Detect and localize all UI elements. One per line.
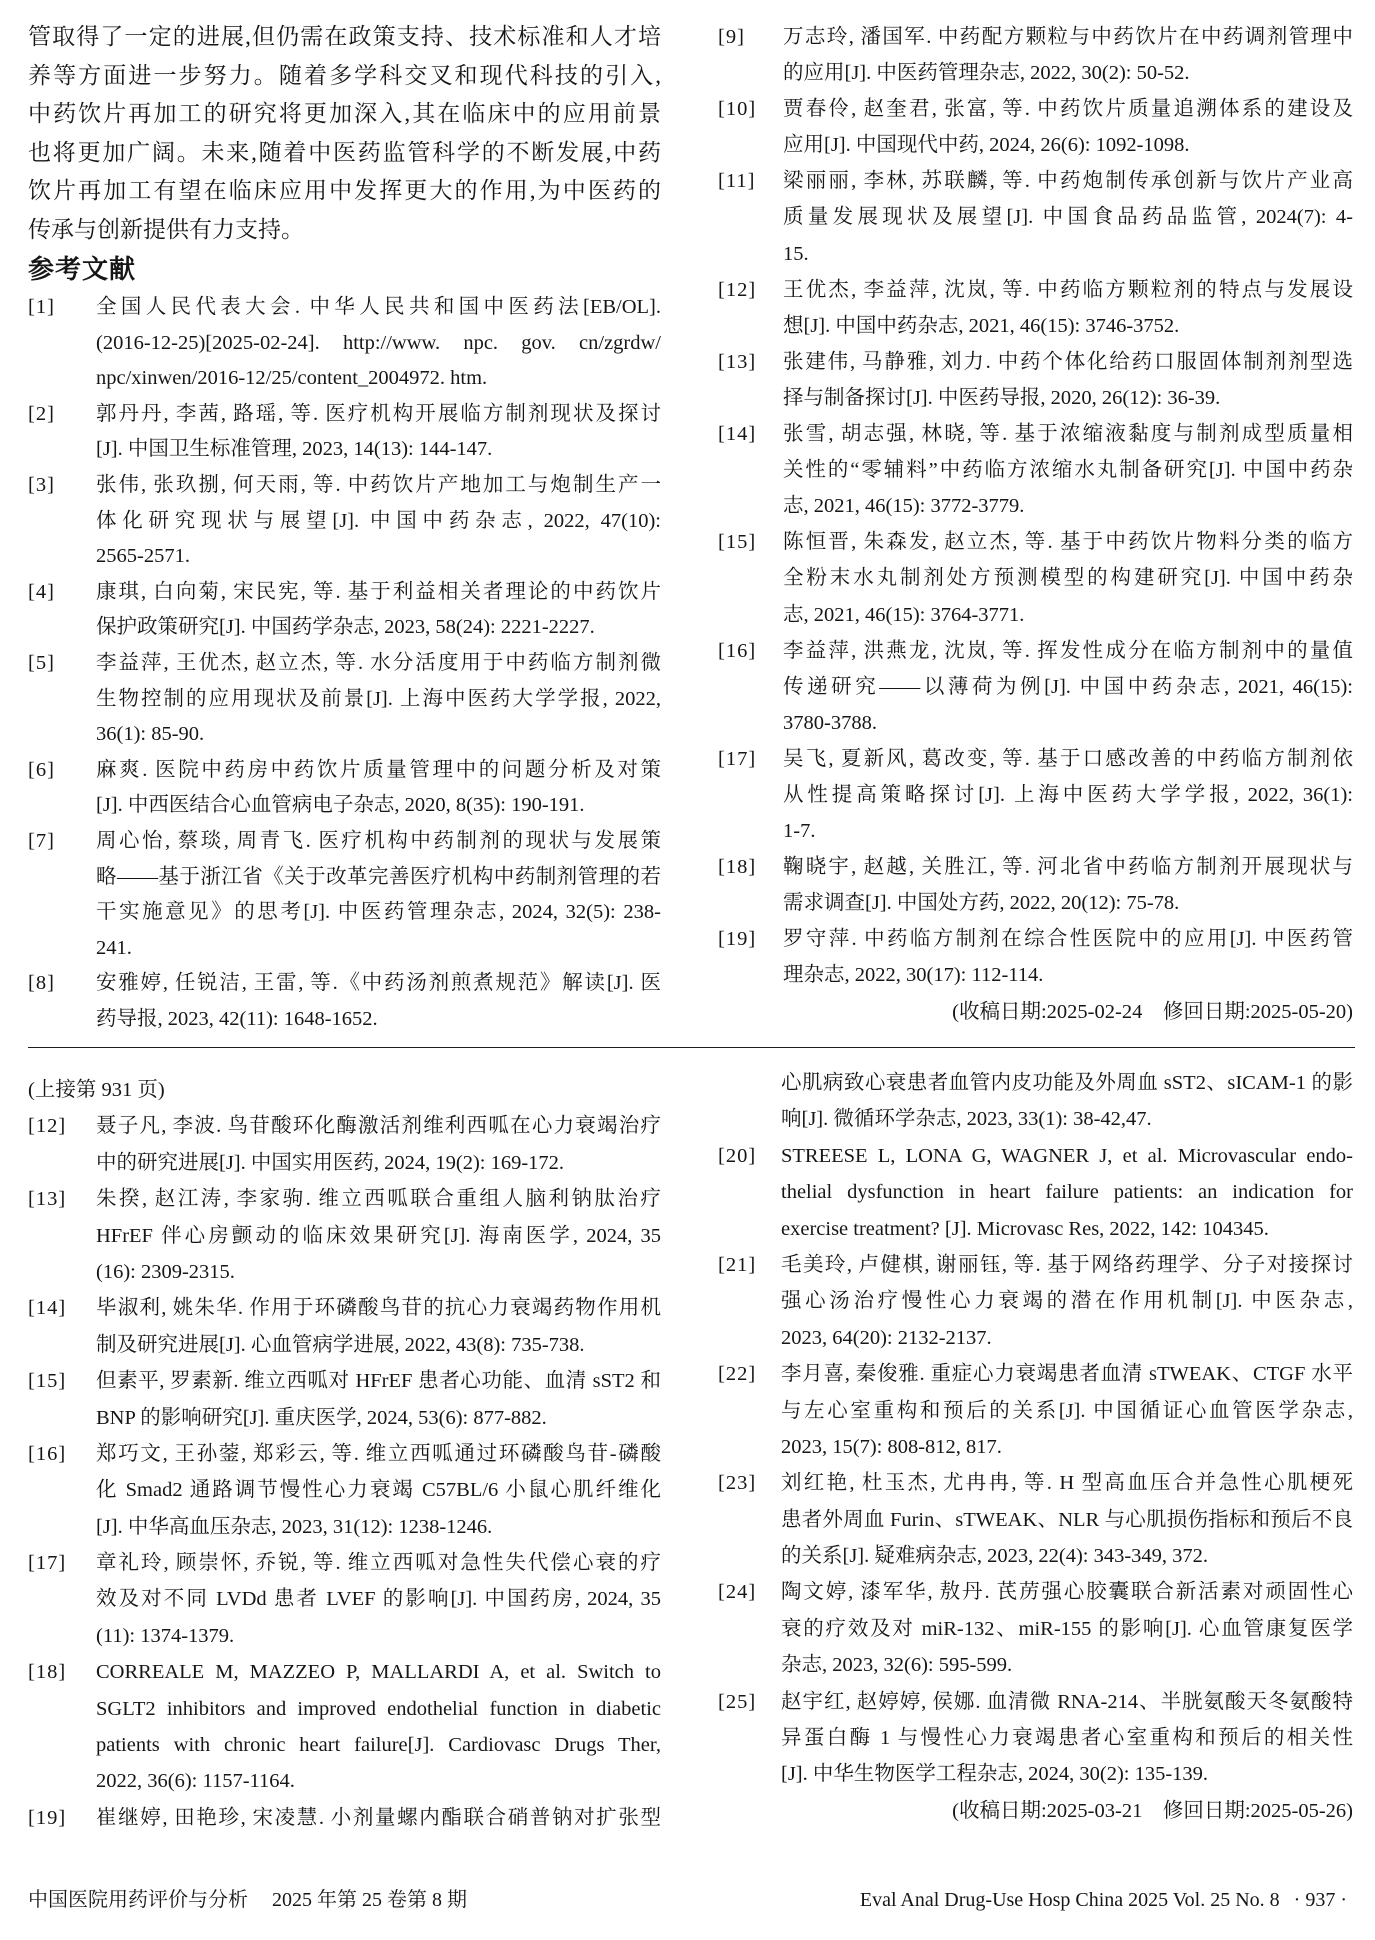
reference-item: [13] 朱揆, 赵江涛, 李家驹. 维立西呱联合重组人脑利钠肽治疗 HFrEF…	[28, 1181, 661, 1290]
reference-text: 周心怡, 蔡琰, 周青飞. 医疗机构中药制剂的现状与发展策 略——基于浙江省《关…	[96, 824, 661, 966]
reference-number: [6]	[28, 753, 55, 789]
reference-number: [13]	[718, 344, 756, 380]
reference-item: [4] 康琪, 白向菊, 宋民宪, 等. 基于利益相关者理论的中药饮片 保护政策…	[28, 575, 661, 646]
reference-line: 药导报, 2023, 42(11): 1648-1652.	[96, 1002, 661, 1038]
footer-journal-english: Eval Anal Drug-Use Hosp China 2025 Vol. …	[860, 1889, 1280, 1911]
reference-item: [14] 毕淑利, 姚朱华. 作用于环磷酸鸟苷的抗心力衰竭药物作用机 制及研究进…	[28, 1290, 661, 1363]
reference-line: (2016-12-25)[2025-02-24]. http://www. np…	[96, 326, 661, 362]
references-heading: 参考文献	[28, 251, 136, 289]
reference-line: 患者外周血 Furin、sTWEAK、NLR 与心肌损伤指标和预后不良	[781, 1502, 1353, 1538]
footer-issue: 2025 年第 25 卷第 8 期	[272, 1889, 467, 1911]
reference-line: 陈恒晋, 朱森发, 赵立杰, 等. 基于中药饮片物料分类的临方	[783, 524, 1353, 560]
reference-line: 鞠晓宇, 赵越, 关胜江, 等. 河北省中药临方制剂开展现状与	[783, 849, 1353, 885]
reference-number: [17]	[28, 1545, 66, 1581]
reference-number: [16]	[718, 633, 756, 669]
reference-text: 全国人民代表大会. 中华人民共和国中医药法[EB/OL]. (2016-12-2…	[96, 290, 661, 397]
reference-number: [2]	[28, 397, 55, 433]
reference-line: 张建伟, 马静雅, 刘力. 中药个体化给药口服固体制剂剂型选	[783, 344, 1353, 380]
reference-text: 郭丹丹, 李茜, 路瑶, 等. 医疗机构开展临方制剂现状及探讨 [J]. 中国卫…	[96, 397, 661, 468]
reference-number: [1]	[28, 290, 55, 326]
reference-line: 衰的疗效及对 miR-132、miR-155 的影响[J]. 心血管康复医学	[781, 1611, 1353, 1647]
reference-number: [25]	[718, 1684, 756, 1720]
reference-item: [24] 陶文婷, 漆军华, 敖丹. 芪苈强心胶囊联合新活素对顽固性心 衰的疗效…	[718, 1574, 1353, 1683]
reference-text: 安雅婷, 任锐洁, 王雷, 等.《中药汤剂煎煮规范》解读[J]. 医 药导报, …	[96, 966, 661, 1037]
reference-text: 罗守萍. 中药临方制剂在综合性医院中的应用[J]. 中医药管 理杂志, 2022…	[783, 921, 1353, 993]
reference-text: 麻爽. 医院中药房中药饮片质量管理中的问题分析及对策 [J]. 中西医结合心血管…	[96, 753, 661, 824]
reference-line: exercise treatment? [J]. Microvasc Res, …	[781, 1211, 1353, 1247]
reference-list-upper-left: [1] 全国人民代表大会. 中华人民共和国中医药法[EB/OL]. (2016-…	[28, 290, 661, 1037]
reference-line: 与左心室重构和预后的关系[J]. 中国循证心血管医学杂志,	[781, 1393, 1353, 1429]
reference-text: CORREALE M, MAZZEO P, MALLARDI A, et al.…	[96, 1654, 661, 1800]
reference-line: 周心怡, 蔡琰, 周青飞. 医疗机构中药制剂的现状与发展策	[96, 824, 661, 860]
reference-item: [1] 全国人民代表大会. 中华人民共和国中医药法[EB/OL]. (2016-…	[28, 290, 661, 397]
reference-line: 毕淑利, 姚朱华. 作用于环磷酸鸟苷的抗心力衰竭药物作用机	[96, 1290, 661, 1326]
reference-text: 陈恒晋, 朱森发, 赵立杰, 等. 基于中药饮片物料分类的临方 全粉末水丸制剂处…	[783, 524, 1353, 632]
reference-line: 关性的“零辅料”中药临方浓缩水丸制备研究[J]. 中国中药杂	[783, 452, 1353, 488]
reference-line: 赵宇红, 赵婷婷, 侯娜. 血清微 RNA-214、半胱氨酸天冬氨酸特	[781, 1684, 1353, 1720]
reference-line: 异蛋白酶 1 与慢性心力衰竭患者心室重构和预后的相关性	[781, 1720, 1353, 1756]
reference-line: 刘红艳, 杜玉杰, 尤冉冉, 等. H 型高血压合并急性心肌梗死	[781, 1465, 1353, 1501]
reference-number: [24]	[718, 1574, 756, 1610]
reference-text: 贾春伶, 赵奎君, 张富, 等. 中药饮片质量追溯体系的建设及 应用[J]. 中…	[783, 91, 1353, 163]
reference-item: [11] 梁丽丽, 李林, 苏联麟, 等. 中药炮制传承创新与饮片产业高 质量发…	[718, 163, 1353, 271]
reference-text: 崔继婷, 田艳珍, 宋凌慧. 小剂量螺内酯联合硝普钠对扩张型	[96, 1800, 661, 1836]
reference-line: 质量发展现状及展望[J]. 中国食品药品监管, 2024(7): 4-	[783, 199, 1353, 235]
reference-line: 1-7.	[783, 813, 1353, 849]
reference-line: 理杂志, 2022, 30(17): 112-114.	[783, 957, 1353, 993]
reference-line: 王优杰, 李益萍, 沈岚, 等. 中药临方颗粒剂的特点与发展设	[783, 272, 1353, 308]
reference-item: [22] 李月喜, 秦俊雅. 重症心力衰竭患者血清 sTWEAK、CTGF 水平…	[718, 1356, 1353, 1465]
reference-line: 效及对不同 LVDd 患者 LVEF 的影响[J]. 中国药房, 2024, 3…	[96, 1581, 661, 1617]
reference-item: [17] 章礼玲, 顾崇怀, 乔锐, 等. 维立西呱对急性失代偿心衰的疗 效及对…	[28, 1545, 661, 1654]
reference-item: [13] 张建伟, 马静雅, 刘力. 中药个体化给药口服固体制剂剂型选 择与制备…	[718, 344, 1353, 416]
reference-line: 3780-3788.	[783, 705, 1353, 741]
paragraph-line: 中药饮片再加工的研究将更加深入,其在临床中的应用前景	[28, 95, 661, 134]
reference-line: 生物控制的应用现状及前景[J]. 上海中医药大学学报, 2022,	[96, 682, 661, 718]
reference-line: 心肌病致心衰患者血管内皮功能及外周血 sST2、sICAM-1 的影	[781, 1065, 1353, 1101]
page-number: · 937 ·	[1294, 1889, 1347, 1911]
reference-line: 响[J]. 微循环学杂志, 2023, 33(1): 38-42,47.	[781, 1101, 1353, 1137]
reference-line: 241.	[96, 931, 661, 967]
reference-text: 万志玲, 潘国军. 中药配方颗粒与中药饮片在中药调剂管理中 的应用[J]. 中医…	[783, 19, 1353, 91]
reference-line: 李益萍, 王优杰, 赵立杰, 等. 水分活度用于中药临方制剂微	[96, 646, 661, 682]
reference-line: 2022, 36(6): 1157-1164.	[96, 1763, 661, 1799]
reference-text: 赵宇红, 赵婷婷, 侯娜. 血清微 RNA-214、半胱氨酸天冬氨酸特 异蛋白酶…	[781, 1684, 1353, 1793]
reference-item: [19] 罗守萍. 中药临方制剂在综合性医院中的应用[J]. 中医药管 理杂志,…	[718, 921, 1353, 993]
reference-item: [15] 陈恒晋, 朱森发, 赵立杰, 等. 基于中药饮片物料分类的临方 全粉末…	[718, 524, 1353, 632]
received-revised-dates: (收稿日期:2025-02-24 修回日期:2025-05-20)	[718, 994, 1353, 1030]
reference-number: [10]	[718, 91, 756, 127]
reference-line: 梁丽丽, 李林, 苏联麟, 等. 中药炮制传承创新与饮片产业高	[783, 163, 1353, 199]
reference-item: [5] 李益萍, 王优杰, 赵立杰, 等. 水分活度用于中药临方制剂微 生物控制…	[28, 646, 661, 753]
reference-line: 李益萍, 洪燕龙, 沈岚, 等. 挥发性成分在临方制剂中的量值	[783, 633, 1353, 669]
reference-text: 李月喜, 秦俊雅. 重症心力衰竭患者血清 sTWEAK、CTGF 水平 与左心室…	[781, 1356, 1353, 1465]
reference-text: 聂子凡, 李波. 鸟苷酸环化酶激活剂维利西呱在心力衰竭治疗 中的研究进展[J].…	[96, 1108, 661, 1181]
reference-line: 2565-2571.	[96, 539, 661, 575]
reference-number: [16]	[28, 1436, 66, 1472]
reference-item: [18] CORREALE M, MAZZEO P, MALLARDI A, e…	[28, 1654, 661, 1800]
reference-line: 36(1): 85-90.	[96, 717, 661, 753]
reference-text: 梁丽丽, 李林, 苏联麟, 等. 中药炮制传承创新与饮片产业高 质量发展现状及展…	[783, 163, 1353, 271]
reference-line: 张雪, 胡志强, 林晓, 等. 基于浓缩液黏度与制剂成型质量相	[783, 416, 1353, 452]
received-revised-dates: (收稿日期:2025-03-21 修回日期:2025-05-26)	[718, 1793, 1353, 1829]
reference-line: 郭丹丹, 李茜, 路瑶, 等. 医疗机构开展临方制剂现状及探讨	[96, 397, 661, 433]
reference-text: 朱揆, 赵江涛, 李家驹. 维立西呱联合重组人脑利钠肽治疗 HFrEF 伴心房颤…	[96, 1181, 661, 1290]
reference-text: 但素平, 罗素新. 维立西呱对 HFrEF 患者心功能、血清 sST2 和 BN…	[96, 1363, 661, 1436]
article-divider	[28, 1047, 1355, 1048]
reference-line: thelial dysfunction in heart failure pat…	[781, 1174, 1353, 1210]
reference-line: 聂子凡, 李波. 鸟苷酸环化酶激活剂维利西呱在心力衰竭治疗	[96, 1108, 661, 1144]
reference-number: [20]	[718, 1138, 756, 1174]
reference-text: 章礼玲, 顾崇怀, 乔锐, 等. 维立西呱对急性失代偿心衰的疗 效及对不同 LV…	[96, 1545, 661, 1654]
journal-page: 管取得了一定的进展,但仍需在政策支持、技术标准和人才培 养等方面进一步努力。随着…	[0, 0, 1375, 1940]
reference-text: 张建伟, 马静雅, 刘力. 中药个体化给药口服固体制剂剂型选 择与制备探讨[J]…	[783, 344, 1353, 416]
reference-text: 张伟, 张玖捌, 何天雨, 等. 中药饮片产地加工与炮制生产一 体化研究现状与展…	[96, 468, 661, 575]
reference-item: [12] 聂子凡, 李波. 鸟苷酸环化酶激活剂维利西呱在心力衰竭治疗 中的研究进…	[28, 1108, 661, 1181]
reference-number: [14]	[718, 416, 756, 452]
reference-line: BNP 的影响研究[J]. 重庆医学, 2024, 53(6): 877-882…	[96, 1400, 661, 1436]
reference-line: 张伟, 张玖捌, 何天雨, 等. 中药饮片产地加工与炮制生产一	[96, 468, 661, 504]
reference-list-upper-right: [9] 万志玲, 潘国军. 中药配方颗粒与中药饮片在中药调剂管理中 的应用[J]…	[718, 19, 1353, 1030]
reference-continuation: 心肌病致心衰患者血管内皮功能及外周血 sST2、sICAM-1 的影 响[J].…	[781, 1065, 1353, 1138]
reference-line: 罗守萍. 中药临方制剂在综合性医院中的应用[J]. 中医药管	[783, 921, 1353, 957]
reference-number: [9]	[718, 19, 745, 55]
reference-text: 张雪, 胡志强, 林晓, 等. 基于浓缩液黏度与制剂成型质量相 关性的“零辅料”…	[783, 416, 1353, 524]
reference-text: 郑巧文, 王孙蓥, 郑彩云, 等. 维立西呱通过环磷酸鸟苷-磷酸 化 Smad2…	[96, 1436, 661, 1545]
reference-line: 中的研究进展[J]. 中国实用医药, 2024, 19(2): 169-172.	[96, 1145, 661, 1181]
reference-line: 李月喜, 秦俊雅. 重症心力衰竭患者血清 sTWEAK、CTGF 水平	[781, 1356, 1353, 1392]
reference-line: STREESE L, LONA G, WAGNER J, et al. Micr…	[781, 1138, 1353, 1174]
reference-item: [25] 赵宇红, 赵婷婷, 侯娜. 血清微 RNA-214、半胱氨酸天冬氨酸特…	[718, 1684, 1353, 1793]
reference-item: [14] 张雪, 胡志强, 林晓, 等. 基于浓缩液黏度与制剂成型质量相 关性的…	[718, 416, 1353, 524]
paragraph-line: 也将更加广阔。未来,随着中医药监管科学的不断发展,中药	[28, 134, 661, 173]
paragraph-line: 管取得了一定的进展,但仍需在政策支持、技术标准和人才培	[28, 18, 661, 57]
reference-number: [15]	[28, 1363, 66, 1399]
reference-text: 李益萍, 王优杰, 赵立杰, 等. 水分活度用于中药临方制剂微 生物控制的应用现…	[96, 646, 661, 753]
reference-text: 李益萍, 洪燕龙, 沈岚, 等. 挥发性成分在临方制剂中的量值 传递研究——以薄…	[783, 633, 1353, 741]
reference-text: 吴飞, 夏新风, 葛改变, 等. 基于口感改善的中药临方制剂依 从性提高策略探讨…	[783, 741, 1353, 849]
reference-line: 陶文婷, 漆军华, 敖丹. 芪苈强心胶囊联合新活素对顽固性心	[781, 1574, 1353, 1610]
reference-text: 康琪, 白向菊, 宋民宪, 等. 基于利益相关者理论的中药饮片 保护政策研究[J…	[96, 575, 661, 646]
reference-line: patients with chronic heart failure[J]. …	[96, 1727, 661, 1763]
reference-line: 的关系[J]. 疑难病杂志, 2023, 22(4): 343-349, 372…	[781, 1538, 1353, 1574]
reference-line: 干实施意见》的思考[J]. 中医药管理杂志, 2024, 32(5): 238-	[96, 895, 661, 931]
reference-line: 强心汤治疗慢性心力衰竭的潜在作用机制[J]. 中医杂志,	[781, 1283, 1353, 1319]
reference-line: 体化研究现状与展望[J]. 中国中药杂志, 2022, 47(10):	[96, 504, 661, 540]
reference-line: 康琪, 白向菊, 宋民宪, 等. 基于利益相关者理论的中药饮片	[96, 575, 661, 611]
reference-line: [J]. 中西医结合心血管病电子杂志, 2020, 8(35): 190-191…	[96, 788, 661, 824]
reference-item: [6] 麻爽. 医院中药房中药饮片质量管理中的问题分析及对策 [J]. 中西医结…	[28, 753, 661, 824]
reference-line: 章礼玲, 顾崇怀, 乔锐, 等. 维立西呱对急性失代偿心衰的疗	[96, 1545, 661, 1581]
reference-text: 陶文婷, 漆军华, 敖丹. 芪苈强心胶囊联合新活素对顽固性心 衰的疗效及对 mi…	[781, 1574, 1353, 1683]
reference-number: [18]	[718, 849, 756, 885]
reference-text: 王优杰, 李益萍, 沈岚, 等. 中药临方颗粒剂的特点与发展设 想[J]. 中国…	[783, 272, 1353, 344]
reference-line: 全国人民代表大会. 中华人民共和国中医药法[EB/OL].	[96, 290, 661, 326]
reference-line: 安雅婷, 任锐洁, 王雷, 等.《中药汤剂煎煮规范》解读[J]. 医	[96, 966, 661, 1002]
reference-text: 刘红艳, 杜玉杰, 尤冉冉, 等. H 型高血压合并急性心肌梗死 患者外周血 F…	[781, 1465, 1353, 1574]
reference-line: 郑巧文, 王孙蓥, 郑彩云, 等. 维立西呱通过环磷酸鸟苷-磷酸	[96, 1436, 661, 1472]
reference-text: 鞠晓宇, 赵越, 关胜江, 等. 河北省中药临方制剂开展现状与 需求调查[J].…	[783, 849, 1353, 921]
reference-line: 毛美玲, 卢健棋, 谢丽钰, 等. 基于网络药理学、分子对接探讨	[781, 1247, 1353, 1283]
reference-line: 麻爽. 医院中药房中药饮片质量管理中的问题分析及对策	[96, 753, 661, 789]
reference-line: 从性提高策略探讨[J]. 上海中医药大学学报, 2022, 36(1):	[783, 777, 1353, 813]
reference-line: 全粉末水丸制剂处方预测模型的构建研究[J]. 中国中药杂	[783, 560, 1353, 596]
footer-journal-name: 中国医院用药评价与分析	[28, 1889, 248, 1911]
reference-item: [10] 贾春伶, 赵奎君, 张富, 等. 中药饮片质量追溯体系的建设及 应用[…	[718, 91, 1353, 163]
reference-line: 杂志, 2023, 32(6): 595-599.	[781, 1647, 1353, 1683]
reference-number: [12]	[28, 1108, 66, 1144]
reference-item: [16] 李益萍, 洪燕龙, 沈岚, 等. 挥发性成分在临方制剂中的量值 传递研…	[718, 633, 1353, 741]
reference-number: [19]	[28, 1800, 66, 1836]
reference-line: 2023, 64(20): 2132-2137.	[781, 1320, 1353, 1356]
reference-number: [18]	[28, 1654, 66, 1690]
reference-line: 崔继婷, 田艳珍, 宋凌慧. 小剂量螺内酯联合硝普钠对扩张型	[96, 1800, 661, 1836]
reference-item: [3] 张伟, 张玖捌, 何天雨, 等. 中药饮片产地加工与炮制生产一 体化研究…	[28, 468, 661, 575]
reference-item: [15] 但素平, 罗素新. 维立西呱对 HFrEF 患者心功能、血清 sST2…	[28, 1363, 661, 1436]
reference-number: [7]	[28, 824, 55, 860]
reference-item: [21] 毛美玲, 卢健棋, 谢丽钰, 等. 基于网络药理学、分子对接探讨 强心…	[718, 1247, 1353, 1356]
reference-number: [17]	[718, 741, 756, 777]
reference-line: [J]. 中国卫生标准管理, 2023, 14(13): 144-147.	[96, 432, 661, 468]
paragraph-line: 传承与创新提供有力支持。	[28, 211, 661, 250]
reference-number: [15]	[718, 524, 756, 560]
paragraph-line: 养等方面进一步努力。随着多学科交叉和现代科技的引入,	[28, 57, 661, 96]
reference-item: [7] 周心怡, 蔡琰, 周青飞. 医疗机构中药制剂的现状与发展策 略——基于浙…	[28, 824, 661, 966]
footer-english-citation: Eval Anal Drug-Use Hosp China 2025 Vol. …	[860, 1886, 1347, 1914]
reference-line: 2023, 15(7): 808-812, 817.	[781, 1429, 1353, 1465]
paragraph-line: 饮片再加工有望在临床应用中发挥更大的作用,为中医药的	[28, 172, 661, 211]
reference-number: [11]	[718, 163, 755, 199]
reference-item: [9] 万志玲, 潘国军. 中药配方颗粒与中药饮片在中药调剂管理中 的应用[J]…	[718, 19, 1353, 91]
reference-number: [5]	[28, 646, 55, 682]
reference-number: [23]	[718, 1465, 756, 1501]
reference-line: (11): 1374-1379.	[96, 1618, 661, 1654]
reference-number: [19]	[718, 921, 756, 957]
reference-line: 传递研究——以薄荷为例[J]. 中国中药杂志, 2021, 46(15):	[783, 669, 1353, 705]
reference-line: 应用[J]. 中国现代中药, 2024, 26(6): 1092-1098.	[783, 127, 1353, 163]
reference-line: 略——基于浙江省《关于改革完善医疗机构中药制剂管理的若	[96, 860, 661, 896]
reference-line: 需求调查[J]. 中国处方药, 2022, 20(12): 75-78.	[783, 885, 1353, 921]
reference-line: 吴飞, 夏新风, 葛改变, 等. 基于口感改善的中药临方制剂依	[783, 741, 1353, 777]
reference-line: 的应用[J]. 中医药管理杂志, 2022, 30(2): 50-52.	[783, 55, 1353, 91]
reference-number: [8]	[28, 966, 55, 1002]
reference-text: 毛美玲, 卢健棋, 谢丽钰, 等. 基于网络药理学、分子对接探讨 强心汤治疗慢性…	[781, 1247, 1353, 1356]
reference-number: [13]	[28, 1181, 66, 1217]
reference-item: [2] 郭丹丹, 李茜, 路瑶, 等. 医疗机构开展临方制剂现状及探讨 [J].…	[28, 397, 661, 468]
reference-number: [4]	[28, 575, 55, 611]
reference-line: [J]. 中华高血压杂志, 2023, 31(12): 1238-1246.	[96, 1509, 661, 1545]
reference-number: [12]	[718, 272, 756, 308]
reference-line: 保护政策研究[J]. 中国药学杂志, 2023, 58(24): 2221-22…	[96, 610, 661, 646]
reference-line: SGLT2 inhibitors and improved endothelia…	[96, 1691, 661, 1727]
reference-number: [22]	[718, 1356, 756, 1392]
reference-list-lower-left: (上接第 931 页) [12] 聂子凡, 李波. 鸟苷酸环化酶激活剂维利西呱在…	[28, 1072, 661, 1836]
reference-line: 制及研究进展[J]. 心血管病学进展, 2022, 43(8): 735-738…	[96, 1327, 661, 1363]
footer-journal-issue: 中国医院用药评价与分析2025 年第 25 卷第 8 期	[28, 1886, 467, 1914]
reference-item: [16] 郑巧文, 王孙蓥, 郑彩云, 等. 维立西呱通过环磷酸鸟苷-磷酸 化 …	[28, 1436, 661, 1545]
article-paragraph: 管取得了一定的进展,但仍需在政策支持、技术标准和人才培 养等方面进一步努力。随着…	[28, 18, 661, 250]
reference-line: [J]. 中华生物医学工程杂志, 2024, 30(2): 135-139.	[781, 1756, 1353, 1792]
reference-line: 贾春伶, 赵奎君, 张富, 等. 中药饮片质量追溯体系的建设及	[783, 91, 1353, 127]
reference-item: [17] 吴飞, 夏新风, 葛改变, 等. 基于口感改善的中药临方制剂依 从性提…	[718, 741, 1353, 849]
reference-number: [21]	[718, 1247, 756, 1283]
reference-line: 想[J]. 中国中药杂志, 2021, 46(15): 3746-3752.	[783, 308, 1353, 344]
reference-line: 择与制备探讨[J]. 中医药导报, 2020, 26(12): 36-39.	[783, 380, 1353, 416]
reference-item: [8] 安雅婷, 任锐洁, 王雷, 等.《中药汤剂煎煮规范》解读[J]. 医 药…	[28, 966, 661, 1037]
reference-line: 万志玲, 潘国军. 中药配方颗粒与中药饮片在中药调剂管理中	[783, 19, 1353, 55]
reference-line: 志, 2021, 46(15): 3772-3779.	[783, 488, 1353, 524]
reference-line: 但素平, 罗素新. 维立西呱对 HFrEF 患者心功能、血清 sST2 和	[96, 1363, 661, 1399]
reference-text: STREESE L, LONA G, WAGNER J, et al. Micr…	[781, 1138, 1353, 1247]
reference-list-lower-right: 心肌病致心衰患者血管内皮功能及外周血 sST2、sICAM-1 的影 响[J].…	[718, 1065, 1353, 1829]
reference-item: [18] 鞠晓宇, 赵越, 关胜江, 等. 河北省中药临方制剂开展现状与 需求调…	[718, 849, 1353, 921]
reference-line: 化 Smad2 通路调节慢性心力衰竭 C57BL/6 小鼠心肌纤维化	[96, 1472, 661, 1508]
reference-item: [20] STREESE L, LONA G, WAGNER J, et al.…	[718, 1138, 1353, 1247]
reference-item: [23] 刘红艳, 杜玉杰, 尤冉冉, 等. H 型高血压合并急性心肌梗死 患者…	[718, 1465, 1353, 1574]
reference-line: CORREALE M, MAZZEO P, MALLARDI A, et al.…	[96, 1654, 661, 1690]
reference-line: (16): 2309-2315.	[96, 1254, 661, 1290]
reference-line: npc/xinwen/2016-12/25/content_2004972. h…	[96, 361, 661, 397]
reference-number: [14]	[28, 1290, 66, 1326]
continued-from-note: (上接第 931 页)	[28, 1072, 661, 1108]
reference-item: [19] 崔继婷, 田艳珍, 宋凌慧. 小剂量螺内酯联合硝普钠对扩张型	[28, 1800, 661, 1836]
reference-text: 毕淑利, 姚朱华. 作用于环磷酸鸟苷的抗心力衰竭药物作用机 制及研究进展[J].…	[96, 1290, 661, 1363]
reference-line: 志, 2021, 46(15): 3764-3771.	[783, 597, 1353, 633]
reference-line: 朱揆, 赵江涛, 李家驹. 维立西呱联合重组人脑利钠肽治疗	[96, 1181, 661, 1217]
reference-item: [12] 王优杰, 李益萍, 沈岚, 等. 中药临方颗粒剂的特点与发展设 想[J…	[718, 272, 1353, 344]
reference-line: HFrEF 伴心房颤动的临床效果研究[J]. 海南医学, 2024, 35	[96, 1218, 661, 1254]
reference-number: [3]	[28, 468, 55, 504]
reference-line: 15.	[783, 236, 1353, 272]
